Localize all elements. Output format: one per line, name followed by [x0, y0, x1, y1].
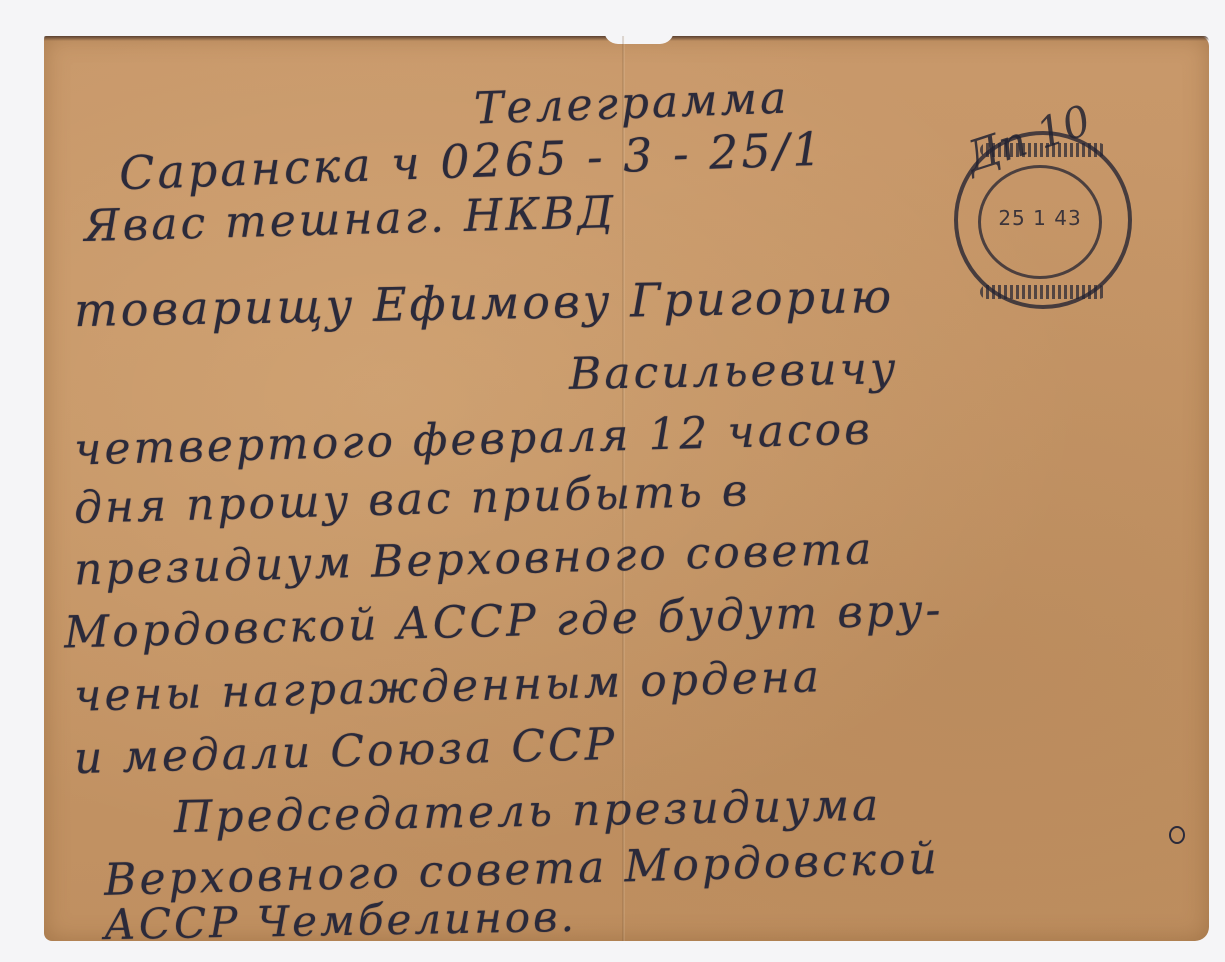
- text-line: и медали Союза ССР: [73, 719, 618, 784]
- text-line: Васильевичу: [569, 343, 899, 400]
- stamp-date: 25 1 43: [981, 206, 1099, 230]
- stamp-text-bottom: [980, 285, 1106, 299]
- text-line: товарищу Ефимову Григорию: [74, 269, 895, 337]
- postmark-stamp: 25 1 43: [954, 131, 1132, 309]
- text-line: чены награжденным ордена: [73, 651, 822, 722]
- text-line: Саранска ч 0265 - 3 - 25/1: [118, 122, 825, 201]
- ink-circle-mark: [1169, 826, 1185, 844]
- signature-title-line: Председатель президиума: [174, 780, 882, 843]
- paper-tear: [604, 30, 674, 44]
- text-line: президиум Верховного совета: [73, 524, 875, 596]
- text-line: четвертого февраля 12 часов: [73, 404, 873, 476]
- text-line: дня прошу вас прибыть в: [73, 465, 751, 534]
- text-line: Мордовской АССР где будут вру-: [63, 584, 944, 658]
- scanned-document: Телеграмма Дп 10 25 1 43 Саранска ч 0265…: [0, 0, 1225, 962]
- signature-name-line: АССР Чембелинов.: [104, 892, 578, 949]
- stamp-text-top: [980, 143, 1106, 157]
- stamp-inner-ring: 25 1 43: [978, 165, 1102, 279]
- telegram-paper: Телеграмма Дп 10 25 1 43 Саранска ч 0265…: [44, 36, 1209, 941]
